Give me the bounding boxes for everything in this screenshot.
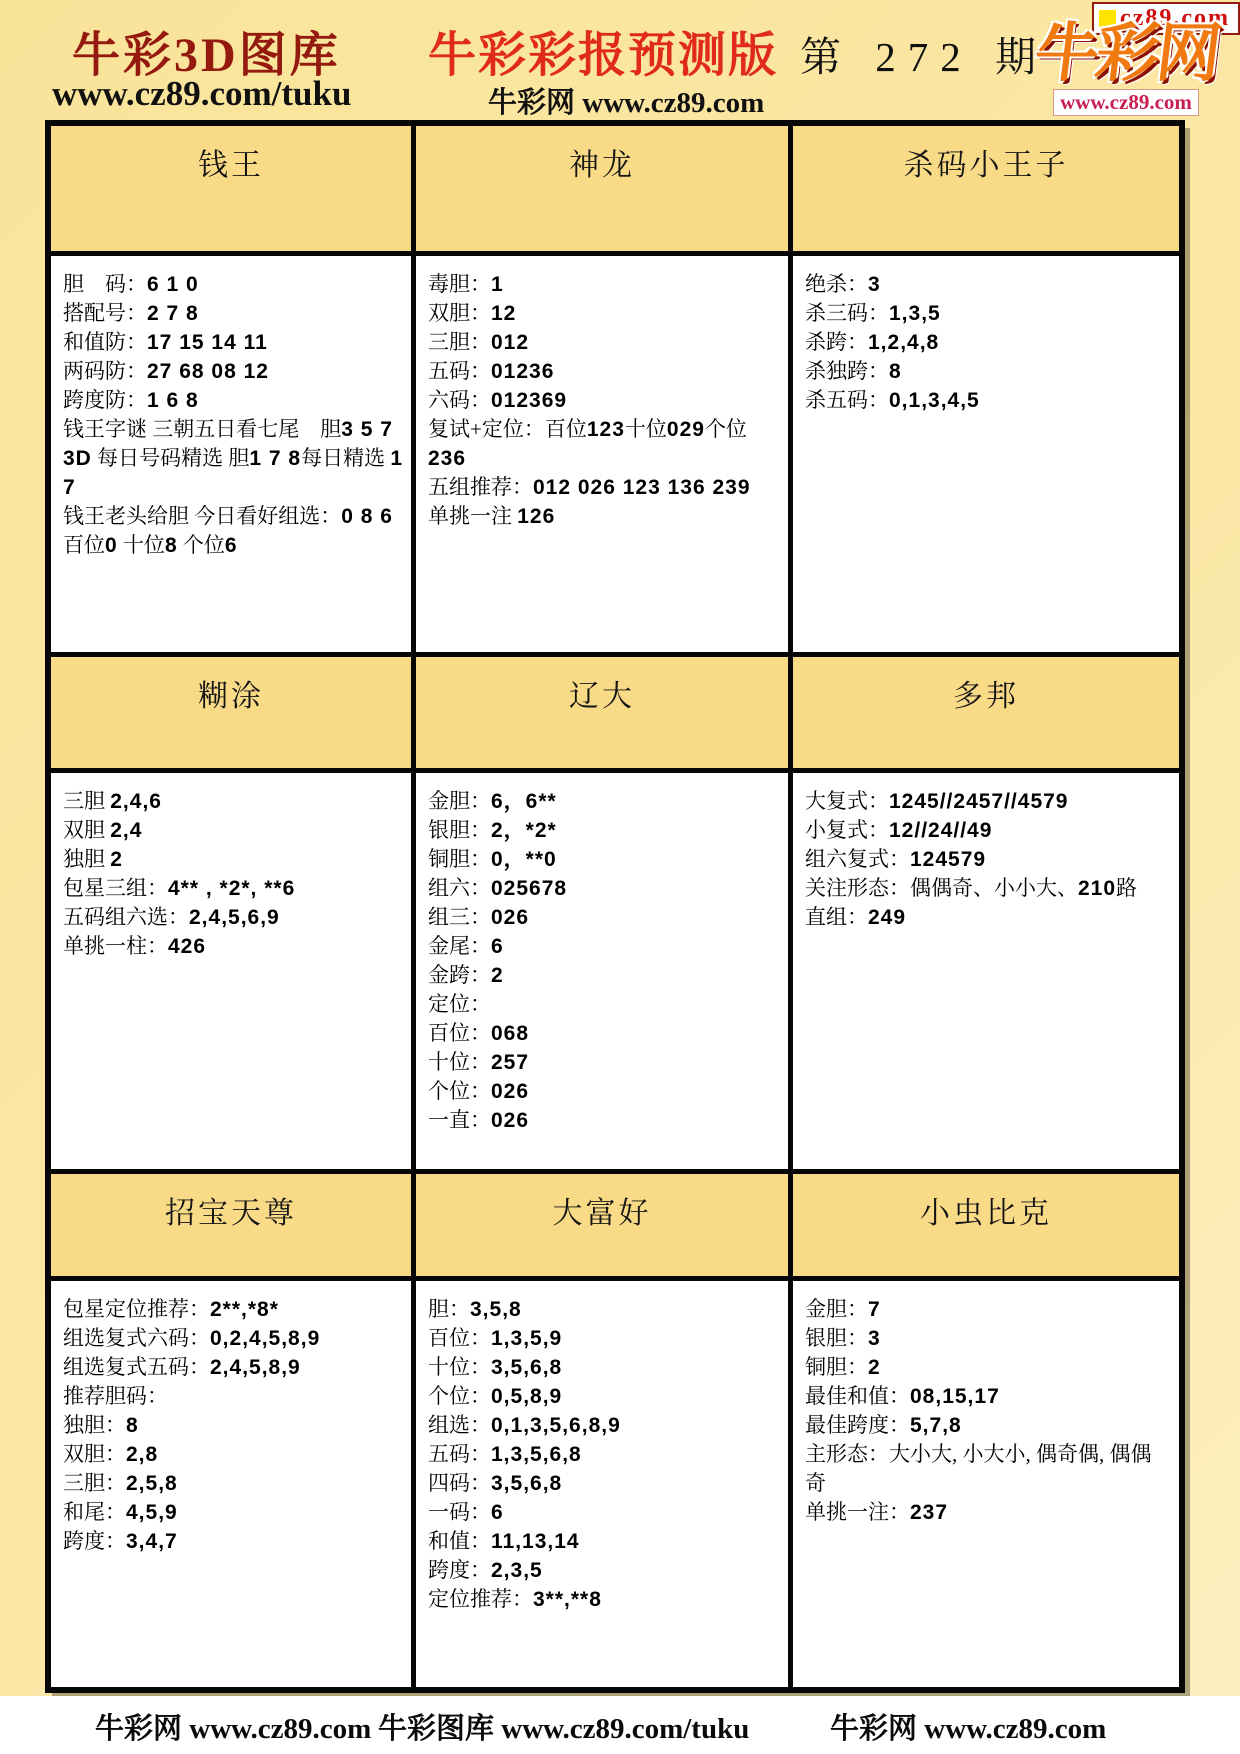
prediction-label: 组选复式六码： [63,1326,210,1350]
prediction-value: 1,3,5,9 [491,1327,562,1350]
prediction-label: 每日精选 [301,446,390,470]
prediction-line: 三胆 2,4,6 [63,787,403,816]
prediction-line: 关注形态：偶偶奇、小小大、210路 [805,874,1171,903]
prediction-label: 大复式： [805,789,889,813]
prediction-line: 包星定位推荐：2**,*8* [63,1295,403,1324]
prediction-line: 五组推荐：012 026 123 136 239 [428,473,780,502]
panel-duobang-header: 多邦 [793,657,1179,768]
prediction-value: 2**,*8* [210,1298,279,1321]
prediction-line: 跨度：3,4,7 [63,1527,403,1556]
panel-shamaxiaowangzi-header: 杀码小王子 [793,126,1179,251]
prediction-line: 独胆 2 [63,845,403,874]
prediction-label: 钱王老头给胆 今日看好组选： [63,504,341,528]
prediction-value: 2 [110,848,123,871]
prediction-label: 个位： [428,1079,491,1103]
prediction-label: 五码： [428,1442,491,1466]
prediction-line: 四码：3,5,6,8 [428,1469,780,1498]
prediction-value: 1245//2457//4579 [889,790,1069,813]
prediction-value: 0,5,8,9 [491,1385,562,1408]
panel-liaoda-header: 辽大 [416,657,788,768]
prediction-value: 426 [168,935,206,958]
prediction-line: 包星三组：4** , *2*, **6 [63,874,403,903]
prediction-value: 8 [126,1414,139,1437]
footer: 牛彩网 www.cz89.com 牛彩图库 www.cz89.com/tuku … [0,1696,1240,1754]
prediction-label: 杀跨： [805,330,868,354]
panel-xiaochongbike-title: 小虫比克 [920,1197,1052,1230]
prediction-value: 3D [63,447,92,470]
prediction-value: 2 7 8 [147,302,199,325]
prediction-label: 和值防： [63,330,147,354]
panel-xiaochongbike-header: 小虫比克 [793,1174,1179,1276]
panel-dafuhao-content: 胆：3,5,8百位：1,3,5,9十位：3,5,6,8个位：0,5,8,9组选：… [416,1281,788,1687]
prediction-label: 百位： [428,1326,491,1350]
prediction-value: 3,5,8 [470,1298,522,1321]
prediction-value: 0,2,4,5,8,9 [210,1327,320,1350]
prediction-line: 一直：026 [428,1106,780,1135]
prediction-line: 金胆：6，6** [428,787,780,816]
prediction-value: 6 [491,935,504,958]
prediction-label: 跨度： [428,1558,491,1582]
prediction-label: 一码： [428,1500,491,1524]
panel-liaoda-content: 金胆：6，6**银胆：2，*2*铜胆：0，**0组六：025678组三：026金… [416,773,788,1169]
prediction-line: 跨度防：1 6 8 [63,386,403,415]
prediction-label: 直组： [805,905,868,929]
prediction-label: 包星定位推荐： [63,1297,210,1321]
prediction-label: 双胆： [63,1442,126,1466]
prediction-value: 01236 [491,360,554,383]
prediction-value: 123 [587,418,625,441]
prediction-label: 绝杀： [805,272,868,296]
prediction-line: 直组：249 [805,903,1171,932]
prediction-value: 08,15,17 [910,1385,1000,1408]
prediction-label: 组选： [428,1413,491,1437]
prediction-value: 1,3,5 [889,302,941,325]
prediction-value: 3**,**8 [533,1588,602,1611]
prediction-label: 跨度防： [63,388,147,412]
prediction-value: 3,4,7 [126,1530,178,1553]
prediction-label: 双胆： [428,301,491,325]
prediction-label: 一直： [428,1108,491,1132]
prediction-value: 210 [1078,877,1116,900]
prediction-label: 十位： [428,1355,491,1379]
prediction-line: 复试+定位：百位123十位029个位236 [428,415,780,473]
prediction-line: 单挑一注 126 [428,502,780,531]
prediction-line: 毒胆：1 [428,270,780,299]
prediction-value: 1 [491,273,504,296]
prediction-value: 012 [491,331,529,354]
prediction-label: 组六复式： [805,847,910,871]
prediction-line: 双胆：12 [428,299,780,328]
prediction-value: 6 [225,534,238,557]
prediction-value: 026 [491,1109,529,1132]
prediction-value: 126 [517,505,555,528]
prediction-label: 金尾： [428,934,491,958]
prediction-label: 六码： [428,388,491,412]
prediction-label: 个位 [178,533,225,557]
prediction-value: 2，*2* [491,819,557,842]
prediction-label: 五码： [428,359,491,383]
prediction-line: 三胆：012 [428,328,780,357]
panel-shamaxiaowangzi-title: 杀码小王子 [904,149,1069,182]
footer-site-link-1: 牛彩网 www.cz89.com [95,1706,371,1747]
prediction-label: 十位 [625,417,667,441]
prediction-value: 27 68 08 12 [147,360,269,383]
prediction-line: 最佳和值：08,15,17 [805,1382,1171,1411]
prediction-line: 杀三码：1,3,5 [805,299,1171,328]
prediction-label: 毒胆： [428,272,491,296]
panel-shenlong-content: 毒胆：1双胆：12三胆：012五码：01236六码：012369复试+定位：百位… [416,256,788,652]
prediction-line: 主形态：大小大, 小大小, 偶奇偶, 偶偶奇 [805,1440,1171,1498]
panel-duobang-title: 多邦 [953,680,1019,713]
prediction-line: 杀五码：0,1,3,4,5 [805,386,1171,415]
prediction-label: 定位： [428,992,491,1016]
prediction-value: 7 [868,1298,881,1321]
prediction-line: 绝杀：3 [805,270,1171,299]
prediction-line: 单挑一柱：426 [63,932,403,961]
prediction-line: 3D 每日号码精选 胆1 7 8每日精选 1 7 [63,444,403,502]
prediction-line: 银胆：2，*2* [428,816,780,845]
prediction-value: 4** , *2*, **6 [168,877,295,900]
prediction-label: 金胆： [428,789,491,813]
panel-hutu-content: 三胆 2,4,6双胆 2,4独胆 2包星三组：4** , *2*, **6五码组… [51,773,411,1169]
prediction-value: 2,4,5,8,9 [210,1356,301,1379]
prediction-label: 每日号码精选 胆 [92,446,250,470]
prediction-label: 两码防： [63,359,147,383]
prediction-line: 铜胆：2 [805,1353,1171,1382]
prediction-line: 两码防：27 68 08 12 [63,357,403,386]
prediction-line: 定位： [428,990,780,1019]
prediction-value: 2 [491,964,504,987]
prediction-value: 029 [667,418,705,441]
lottery-chart-sheet: 牛彩3D图库 www.cz89.com/tuku 牛彩彩报预测版 牛彩网 www… [0,0,1240,1754]
prediction-value: 6 [491,1501,504,1524]
prediction-label: 和尾： [63,1500,126,1524]
prediction-line: 小复式：12//24//49 [805,816,1171,845]
footer-site-link-2: 牛彩网 www.cz89.com [830,1706,1106,1747]
prediction-value: 2,4,5,6,9 [189,906,280,929]
prediction-value: 3 5 7 [341,418,393,441]
report-site-url: 牛彩网 www.cz89.com [488,80,764,121]
panel-zhaobaotianzun-content: 包星定位推荐：2**,*8*组选复式六码：0,2,4,5,8,9组选复式五码：2… [51,1281,411,1687]
prediction-value: 3 [868,273,881,296]
prediction-line: 单挑一注：237 [805,1498,1171,1527]
prediction-label: 小复式： [805,818,889,842]
prediction-line: 百位：068 [428,1019,780,1048]
prediction-value: 4,5,9 [126,1501,178,1524]
panel-shenlong-header: 神龙 [416,126,788,251]
prediction-label: 独胆： [63,1413,126,1437]
prediction-grid: 钱王 神龙 杀码小王子 胆 码：6 1 0搭配号：2 7 8和值防：17 15 … [45,120,1185,1693]
prediction-value: 249 [868,906,906,929]
prediction-line: 六码：012369 [428,386,780,415]
prediction-label: 跨度： [63,1529,126,1553]
prediction-line: 跨度：2,3,5 [428,1556,780,1585]
panel-shenlong-title: 神龙 [569,149,635,182]
prediction-line: 和尾：4,5,9 [63,1498,403,1527]
prediction-value: 2,4 [110,819,142,842]
prediction-label: 组六： [428,876,491,900]
prediction-label: 路 [1116,876,1137,900]
prediction-label: 组选复式五码： [63,1355,210,1379]
prediction-value: 0 [105,534,118,557]
prediction-value: 025678 [491,877,567,900]
prediction-line: 胆 码：6 1 0 [63,270,403,299]
prediction-value: 3,5,6,8 [491,1472,562,1495]
prediction-line: 组三：026 [428,903,780,932]
prediction-value: 124579 [910,848,986,871]
prediction-label: 百位： [428,1021,491,1045]
prediction-label: 十位： [428,1050,491,1074]
prediction-value: 6，6** [491,790,557,813]
prediction-line: 最佳跨度：5,7,8 [805,1411,1171,1440]
prediction-value: 12 [491,302,516,325]
panel-shamaxiaowangzi-content: 绝杀：3杀三码：1,3,5杀跨：1,2,4,8杀独跨：8杀五码：0,1,3,4,… [793,256,1179,652]
prediction-value: 068 [491,1022,529,1045]
prediction-label: 四码： [428,1471,491,1495]
prediction-line: 一码：6 [428,1498,780,1527]
prediction-value: 8 [165,534,178,557]
prediction-label: 双胆 [63,818,110,842]
prediction-label: 最佳跨度： [805,1413,910,1437]
prediction-value: 5,7,8 [910,1414,962,1437]
panel-xiaochongbike-content: 金胆：7银胆：3铜胆：2最佳和值：08,15,17最佳跨度：5,7,8主形态：大… [793,1281,1179,1687]
prediction-label: 三胆： [428,330,491,354]
panel-duobang-content: 大复式：1245//2457//4579小复式：12//24//49组六复式：1… [793,773,1179,1169]
prediction-line: 推荐胆码： [63,1382,403,1411]
prediction-line: 三胆：2,5,8 [63,1469,403,1498]
prediction-label: 胆 码： [63,272,147,296]
prediction-value: 237 [910,1501,948,1524]
prediction-line: 组选复式六码：0,2,4,5,8,9 [63,1324,403,1353]
prediction-label: 五组推荐： [428,475,533,499]
niucai-logo-text: 牛彩网 [1031,22,1222,86]
prediction-label: 胆： [428,1297,470,1321]
prediction-value: 012369 [491,389,567,412]
prediction-label: 关注形态：偶偶奇、小小大、 [805,876,1078,900]
prediction-line: 五码组六选：2,4,5,6,9 [63,903,403,932]
prediction-line: 五码：01236 [428,357,780,386]
prediction-label: 复试+定位：百位 [428,417,587,441]
prediction-label: 组三： [428,905,491,929]
prediction-line: 和值防：17 15 14 11 [63,328,403,357]
prediction-value: 2,4,6 [110,790,162,813]
panel-dafuhao-header: 大富好 [416,1174,788,1276]
prediction-value: 17 15 14 11 [147,331,268,354]
prediction-value: 3,5,6,8 [491,1356,562,1379]
prediction-label: 包星三组： [63,876,168,900]
prediction-label: 单挑一柱： [63,934,168,958]
prediction-value: 12//24//49 [889,819,992,842]
niucai-logo: 牛彩网 www.cz89.com [1026,22,1226,116]
prediction-label: 金跨： [428,963,491,987]
prediction-line: 定位推荐：3**,**8 [428,1585,780,1614]
prediction-value: 11,13,14 [491,1530,580,1553]
prediction-line: 钱王字谜 三朝五日看七尾 胆3 5 7 [63,415,403,444]
panel-hutu-header: 糊涂 [51,657,411,768]
panel-zhaobaotianzun-title: 招宝天尊 [165,1197,297,1230]
prediction-line: 个位：026 [428,1077,780,1106]
prediction-line: 个位：0,5,8,9 [428,1382,780,1411]
prediction-line: 金跨：2 [428,961,780,990]
prediction-label: 铜胆： [805,1355,868,1379]
prediction-line: 钱王老头给胆 今日看好组选：0 8 6百位0 十位8 个位6 [63,502,403,560]
site-url: www.cz89.com/tuku [52,74,351,114]
panel-qianwang-title: 钱王 [198,149,264,182]
prediction-line: 五码：1,3,5,6,8 [428,1440,780,1469]
prediction-label: 单挑一注： [805,1500,910,1524]
prediction-line: 胆：3,5,8 [428,1295,780,1324]
prediction-label: 金胆： [805,1297,868,1321]
prediction-value: 3 [868,1327,881,1350]
prediction-line: 金胆：7 [805,1295,1171,1324]
prediction-line: 独胆：8 [63,1411,403,1440]
prediction-label: 个位 [705,417,747,441]
footer-tuku-link: 牛彩图库 www.cz89.com/tuku [378,1706,749,1747]
prediction-line: 组选：0,1,3,5,6,8,9 [428,1411,780,1440]
prediction-value: 236 [428,447,466,470]
prediction-label: 百位 [63,533,105,557]
prediction-line: 双胆 2,4 [63,816,403,845]
prediction-label: 银胆： [805,1326,868,1350]
prediction-label: 五码组六选： [63,905,189,929]
prediction-value: 012 026 123 136 239 [533,476,751,499]
prediction-line: 十位：3,5,6,8 [428,1353,780,1382]
prediction-value: 2 [868,1356,881,1379]
prediction-label: 单挑一注 [428,504,517,528]
prediction-value: 0,1,3,5,6,8,9 [491,1414,621,1437]
prediction-value: 1 6 8 [147,389,199,412]
issue-number: 第 272 期 [800,24,1048,83]
panel-zhaobaotianzun-header: 招宝天尊 [51,1174,411,1276]
prediction-line: 和值：11,13,14 [428,1527,780,1556]
prediction-value: 1 7 8 [249,447,301,470]
prediction-line: 大复式：1245//2457//4579 [805,787,1171,816]
prediction-line: 十位：257 [428,1048,780,1077]
prediction-label: 最佳和值： [805,1384,910,1408]
prediction-label: 搭配号： [63,301,147,325]
prediction-label: 三胆 [63,789,110,813]
prediction-value: 8 [889,360,902,383]
prediction-value: 0,1,3,4,5 [889,389,980,412]
prediction-label: 杀五码： [805,388,889,412]
prediction-line: 搭配号：2 7 8 [63,299,403,328]
prediction-line: 杀跨：1,2,4,8 [805,328,1171,357]
prediction-label: 推荐胆码： [63,1384,168,1408]
panel-qianwang-content: 胆 码：6 1 0搭配号：2 7 8和值防：17 15 14 11两码防：27 … [51,256,411,652]
prediction-label: 定位推荐： [428,1587,533,1611]
prediction-value: 2,8 [126,1443,158,1466]
prediction-line: 杀独跨：8 [805,357,1171,386]
prediction-value: 0 8 6 [341,505,393,528]
prediction-label: 独胆 [63,847,110,871]
prediction-value: 026 [491,906,529,929]
panel-liaoda-title: 辽大 [569,680,635,713]
prediction-value: 026 [491,1080,529,1103]
prediction-line: 银胆：3 [805,1324,1171,1353]
prediction-label: 十位 [118,533,165,557]
prediction-value: 6 1 0 [147,273,199,296]
report-title: 牛彩彩报预测版 [428,16,778,85]
niucai-logo-url: www.cz89.com [1053,89,1199,116]
prediction-label: 银胆： [428,818,491,842]
prediction-line: 金尾：6 [428,932,780,961]
prediction-label: 主形态：大小大, 小大小, 偶奇偶, 偶偶奇 [805,1442,1152,1495]
prediction-label: 和值： [428,1529,491,1553]
panel-hutu-title: 糊涂 [198,680,264,713]
prediction-line: 组选复式五码：2,4,5,8,9 [63,1353,403,1382]
panel-qianwang-header: 钱王 [51,126,411,251]
prediction-label: 钱王字谜 三朝五日看七尾 胆 [63,417,341,441]
prediction-line: 组六复式：124579 [805,845,1171,874]
prediction-value: 1,2,4,8 [868,331,939,354]
prediction-label: 个位： [428,1384,491,1408]
prediction-value: 2,5,8 [126,1472,178,1495]
prediction-line: 百位：1,3,5,9 [428,1324,780,1353]
prediction-value: 257 [491,1051,529,1074]
prediction-line: 组六：025678 [428,874,780,903]
prediction-line: 铜胆：0，**0 [428,845,780,874]
prediction-label: 杀独跨： [805,359,889,383]
prediction-value: 0，**0 [491,848,557,871]
prediction-label: 铜胆： [428,847,491,871]
prediction-label: 杀三码： [805,301,889,325]
prediction-line: 双胆：2,8 [63,1440,403,1469]
prediction-value: 1,3,5,6,8 [491,1443,582,1466]
panel-dafuhao-title: 大富好 [553,1197,652,1230]
prediction-label: 三胆： [63,1471,126,1495]
prediction-value: 2,3,5 [491,1559,543,1582]
